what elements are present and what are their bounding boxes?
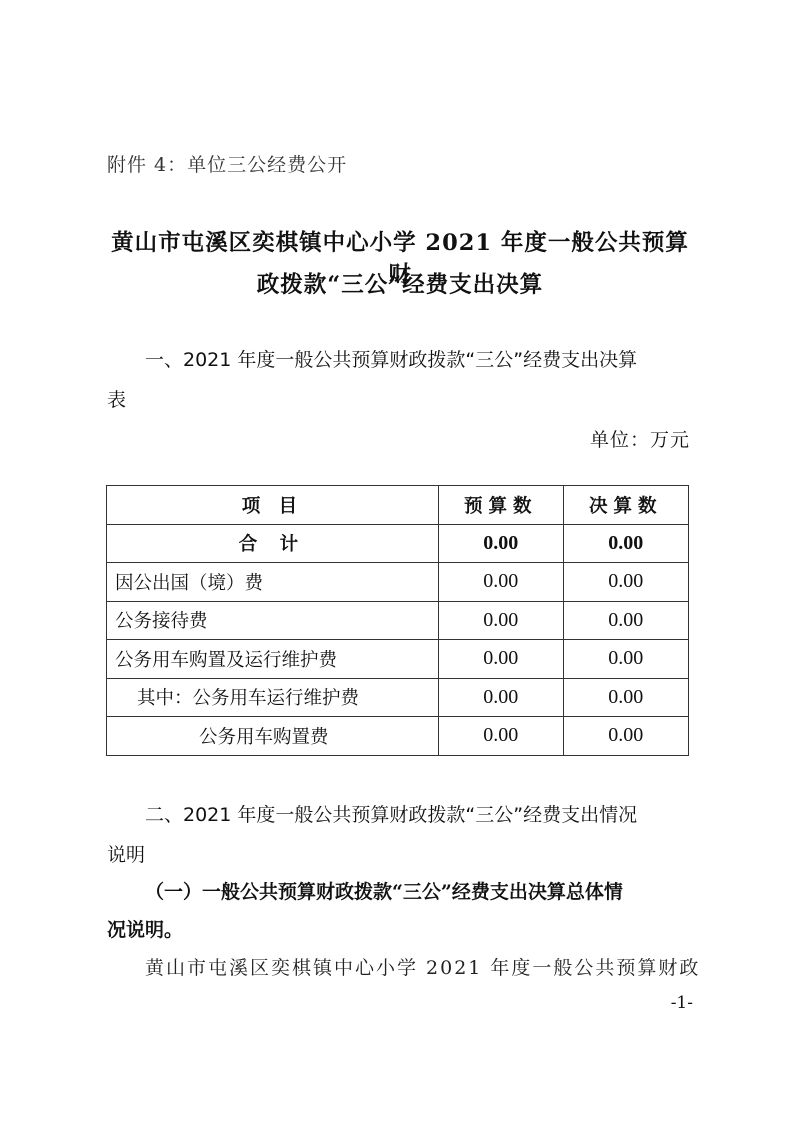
section2-heading-cont: 说明 — [107, 840, 145, 867]
row-item: 其中：公务用车运行维护费 — [107, 678, 439, 717]
header-actual: 决算数 — [563, 486, 688, 525]
row-actual: 0.00 — [563, 601, 688, 640]
table-row: 因公出国（境）费 0.00 0.00 — [107, 563, 689, 602]
unit-label: 单位：万元 — [590, 425, 690, 452]
row-item: 公务用车购置及运行维护费 — [107, 640, 439, 679]
page-number: -1- — [671, 993, 693, 1013]
header-item: 项 目 — [107, 486, 439, 525]
total-actual: 0.00 — [563, 524, 688, 563]
section1-heading-cont: 表 — [107, 385, 126, 412]
section1-heading: 一、2021 年度一般公共预算财政拨款“三公”经费支出决算 — [145, 345, 637, 372]
row-budget: 0.00 — [438, 678, 563, 717]
attachment-label: 附件 4：单位三公经费公开 — [107, 150, 347, 177]
document-title-line2: 政拨款“三公”经费支出决算 — [100, 267, 700, 299]
header-budget: 预算数 — [438, 486, 563, 525]
total-budget: 0.00 — [438, 524, 563, 563]
table-row: 公务用车购置费 0.00 0.00 — [107, 717, 689, 756]
row-item: 公务用车购置费 — [107, 717, 439, 756]
table-total-row: 合 计 0.00 0.00 — [107, 524, 689, 563]
subsection1-heading: （一）一般公共预算财政拨款“三公”经费支出决算总体情 — [145, 877, 623, 904]
section2-heading: 二、2021 年度一般公共预算财政拨款“三公”经费支出情况 — [145, 800, 637, 827]
table-row: 公务用车购置及运行维护费 0.00 0.00 — [107, 640, 689, 679]
row-actual: 0.00 — [563, 563, 688, 602]
document-page: 附件 4：单位三公经费公开 黄山市屯溪区奕棋镇中心小学 2021 年度一般公共预… — [0, 0, 793, 1122]
row-budget: 0.00 — [438, 601, 563, 640]
row-budget: 0.00 — [438, 640, 563, 679]
total-label: 合 计 — [107, 524, 439, 563]
table-row: 公务接待费 0.00 0.00 — [107, 601, 689, 640]
row-item: 因公出国（境）费 — [107, 563, 439, 602]
row-item: 公务接待费 — [107, 601, 439, 640]
table-row: 其中：公务用车运行维护费 0.00 0.00 — [107, 678, 689, 717]
row-budget: 0.00 — [438, 563, 563, 602]
three-public-expenses-table: 项 目 预算数 决算数 合 计 0.00 0.00 因公出国（境）费 0.00 … — [106, 485, 689, 756]
table-header-row: 项 目 预算数 决算数 — [107, 486, 689, 525]
row-actual: 0.00 — [563, 717, 688, 756]
row-actual: 0.00 — [563, 678, 688, 717]
body-paragraph: 黄山市屯溪区奕棋镇中心小学 2021 年度一般公共预算财政 — [145, 953, 700, 980]
row-actual: 0.00 — [563, 640, 688, 679]
row-budget: 0.00 — [438, 717, 563, 756]
subsection1-heading-cont: 况说明。 — [107, 915, 183, 942]
